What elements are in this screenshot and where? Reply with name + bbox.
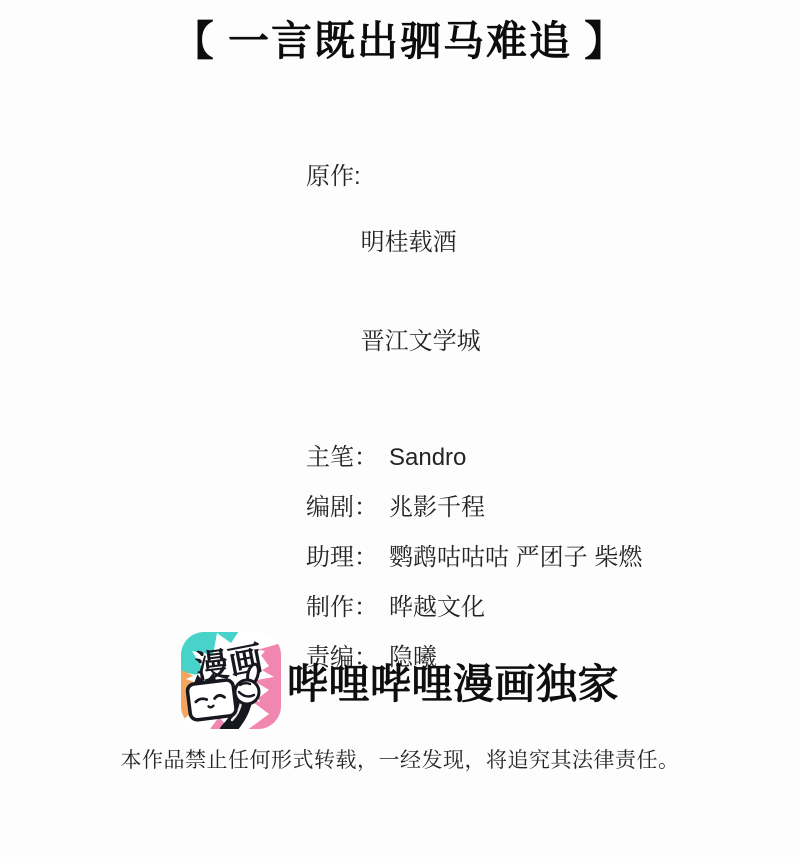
credit-label: 编剧： — [306, 491, 378, 524]
icon-tv-body — [187, 679, 237, 720]
credit-row-screenwriter: 编剧： 兆影千程 — [306, 491, 642, 524]
bilibili-manga-app-icon: 漫 画 — [181, 632, 281, 729]
credit-value: Sandro — [389, 441, 466, 474]
icon-char-hua: 画 — [225, 639, 266, 683]
credit-row-original-author: 原作: 明桂载酒 晋江文学城 — [306, 160, 642, 424]
credit-value: 鹦鹉咕咕咕 严团子 柴燃 — [389, 541, 642, 574]
credit-label: 制作： — [306, 591, 378, 624]
credit-label: 助理： — [306, 541, 378, 574]
credits-block: 原作: 明桂载酒 晋江文学城 主笔： Sandro 编剧： 兆影千程 助理： 鹦… — [306, 160, 642, 691]
credit-label: 原作: — [306, 160, 361, 193]
original-author-name: 明桂载酒 — [361, 226, 481, 259]
credit-row-lead-artist: 主笔： Sandro — [306, 441, 642, 474]
original-source-site: 晋江文学城 — [361, 325, 481, 358]
page-title: 【 一言既出驷马难追 】 — [0, 8, 800, 67]
publisher-block: 漫 画 哔哩哔哩漫画独家 — [0, 632, 800, 729]
credit-row-production: 制作： 晔越文化 — [306, 591, 642, 624]
credit-label: 主笔： — [306, 441, 378, 474]
credit-row-assistants: 助理： 鹦鹉咕咕咕 严团子 柴燃 — [306, 541, 642, 574]
copyright-disclaimer: 本作品禁止任何形式转载，一经发现，将追究其法律责任。 — [0, 744, 800, 774]
credit-value: 兆影千程 — [389, 491, 485, 524]
credit-value: 晔越文化 — [389, 591, 485, 624]
bilibili-manga-exclusive-text: 哔哩哔哩漫画独家 — [287, 651, 619, 710]
credit-value: 明桂载酒 晋江文学城 — [361, 160, 481, 424]
